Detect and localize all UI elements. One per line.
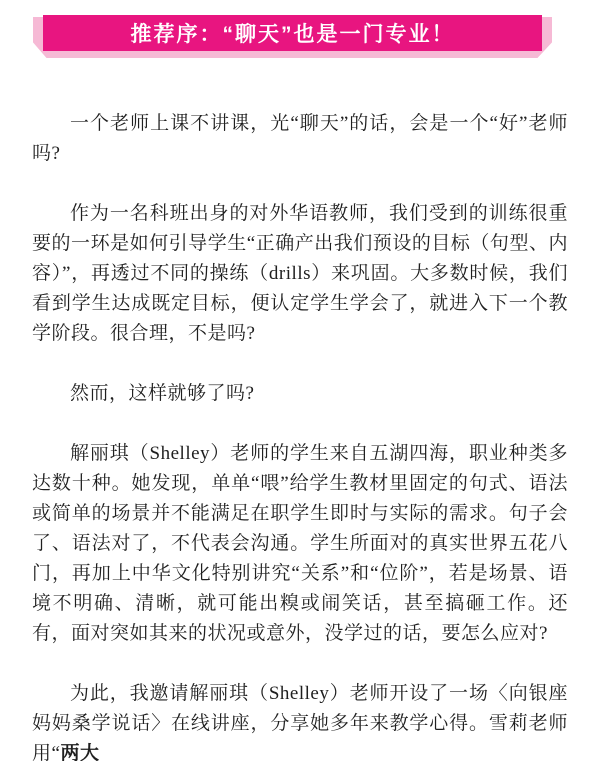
paragraph-text: 解丽琪（Shelley）老师的学生来自五湖四海，职业种类多达数十种。她发现，单单… <box>32 443 568 644</box>
paragraph-text: 为此，我邀请解丽琪（Shelley）老师开设了一场〈向银座妈妈桑学说话〉在线讲座… <box>32 683 568 761</box>
paragraph-4: 解丽琪（Shelley）老师的学生来自五湖四海，职业种类多达数十种。她发现，单单… <box>32 439 568 649</box>
paragraph-text: 作为一名科班出身的对外华语教师，我们受到的训练很重要的一环是如何引导学生“正确产… <box>32 203 568 344</box>
paragraph-1: 一个老师上课不讲课，光“聊天”的话，会是一个“好”老师吗? <box>32 109 568 169</box>
title-banner: 推荐序：“聊天”也是一门专业！ <box>33 15 552 59</box>
paragraph-text: 一个老师上课不讲课，光“聊天”的话，会是一个“好”老师吗? <box>32 113 568 164</box>
paragraph-3: 然而，这样就够了吗? <box>32 379 568 409</box>
paragraph-5: 为此，我邀请解丽琪（Shelley）老师开设了一场〈向银座妈妈桑学说话〉在线讲座… <box>32 679 568 761</box>
banner-main: 推荐序：“聊天”也是一门专业！ <box>43 15 542 51</box>
preface-body: 一个老师上课不讲课，光“聊天”的话，会是一个“好”老师吗? 作为一名科班出身的对… <box>0 59 604 761</box>
paragraph-text: 然而，这样就够了吗? <box>70 383 254 404</box>
paragraph-2: 作为一名科班出身的对外华语教师，我们受到的训练很重要的一环是如何引导学生“正确产… <box>32 199 568 349</box>
page-title: 推荐序：“聊天”也是一门专业！ <box>131 18 455 48</box>
paragraph-bold-text: 两大 <box>60 743 99 761</box>
